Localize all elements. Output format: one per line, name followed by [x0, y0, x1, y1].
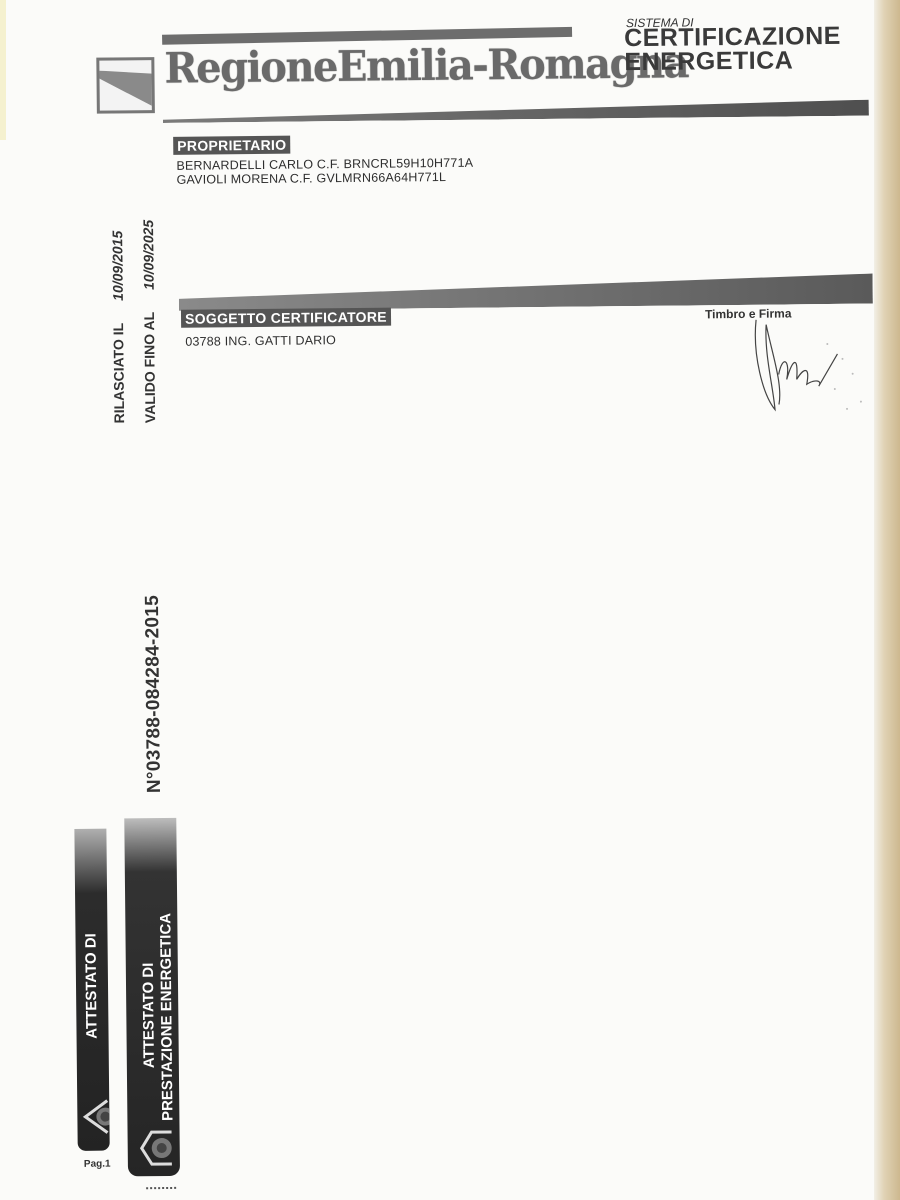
side-strip-title-line1: ATTESTATO DI: [140, 963, 158, 1069]
system-title-line2: ENERGETICA: [624, 48, 841, 74]
issued-date: 10/09/2015: [109, 231, 126, 301]
certifier-name: 03788 ING. GATTI DARIO: [185, 333, 336, 349]
certificate-number: N°03788-084284-2015: [142, 595, 166, 793]
valid-label: VALIDO FINO AL: [141, 312, 158, 423]
region-logo-icon: [96, 57, 155, 114]
owner-section-label: PROPRIETARIO: [173, 136, 290, 155]
owner-line: GAVIOLI MORENA C.F. GVLMRN66A64H771L: [177, 170, 447, 187]
page-number-faded: [146, 1187, 176, 1193]
issued-label: RILASCIATO IL: [110, 323, 127, 424]
page-number: Pag.1: [84, 1159, 111, 1170]
region-name: RegioneEmilia-Romagna: [164, 38, 688, 93]
system-title: CERTIFICAZIONE ENERGETICA: [624, 24, 841, 74]
side-strip-title-line2: PRESTAZIONE ENERGETICA: [157, 913, 176, 1121]
header-band: [163, 100, 869, 123]
side-strip-title: ATTESTATO DI: [82, 933, 100, 1039]
house-icon: [138, 1128, 178, 1168]
house-icon: [79, 1097, 109, 1137]
issued-date-row: RILASCIATO IL10/09/2015: [109, 231, 127, 424]
certificate-page: RegioneEmilia-Romagna SISTEMA DI CERTIFI…: [0, 0, 886, 1200]
certifier-band: [179, 274, 873, 311]
valid-until-row: VALIDO FINO AL10/09/2025: [140, 220, 158, 423]
certifier-section-label: SOGGETTO CERTIFICATORE: [181, 308, 391, 328]
valid-date: 10/09/2025: [140, 220, 157, 290]
signature-icon: [742, 314, 873, 425]
